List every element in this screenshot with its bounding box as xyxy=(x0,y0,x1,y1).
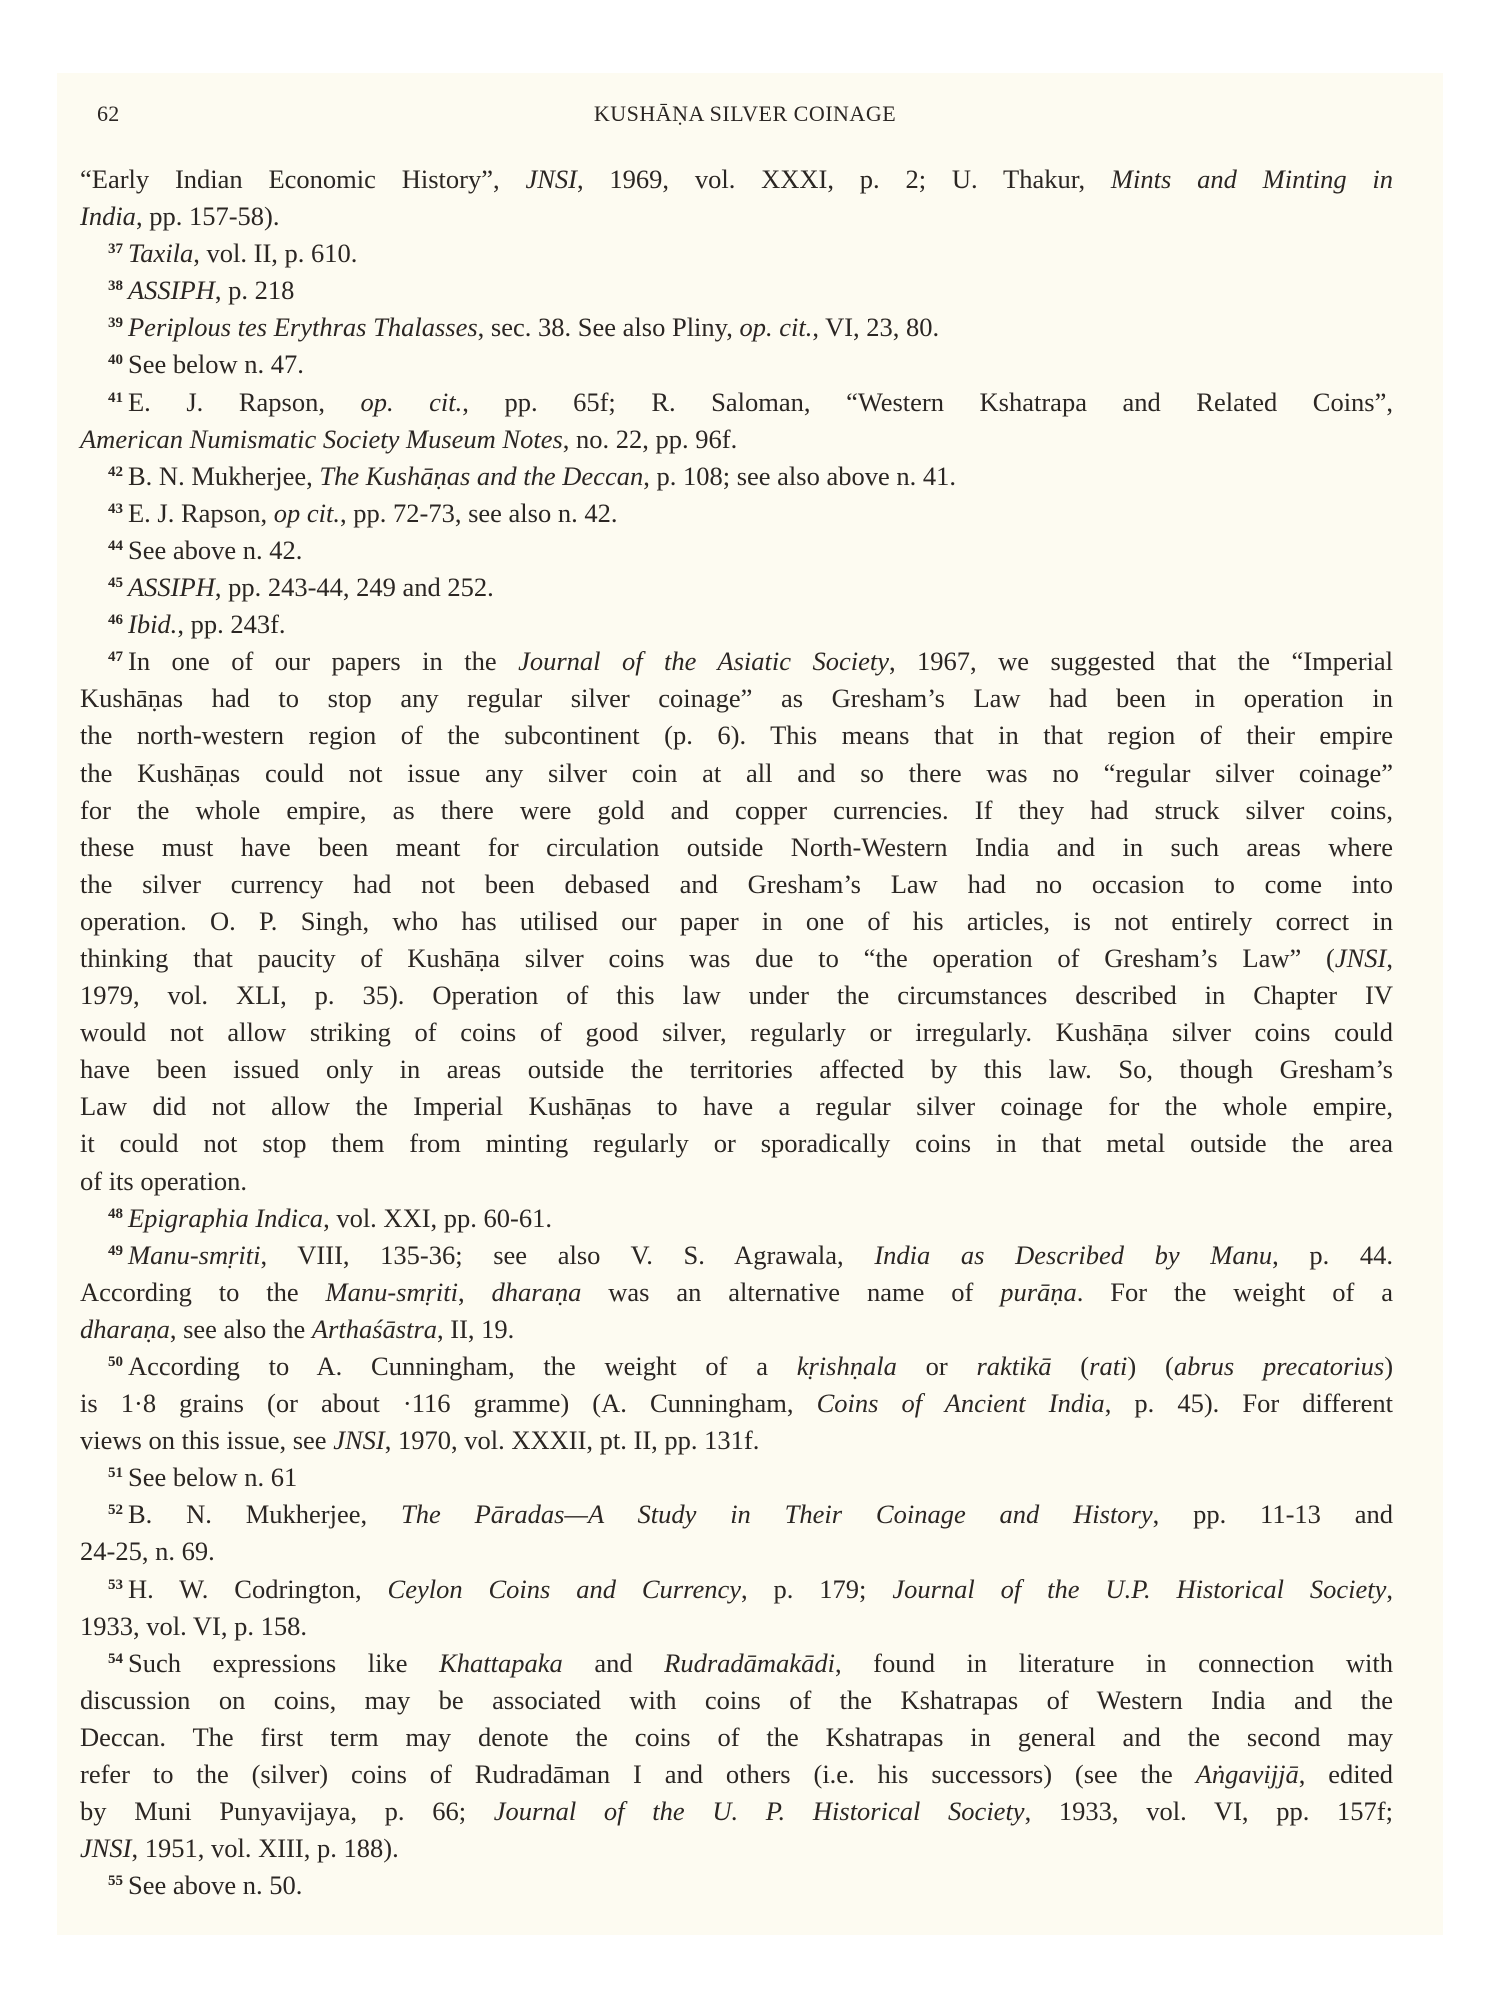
italic-text: JNSI xyxy=(1335,943,1387,973)
text-segment: , p. 179; xyxy=(741,1574,892,1604)
text-line: views on this issue, see JNSI, 1970, vol… xyxy=(80,1422,1393,1459)
text-segment: , pp. 243-44, 249 and 252. xyxy=(215,572,494,602)
text-segment: have been issued only in areas outside t… xyxy=(80,1054,1393,1084)
text-segment: , sec. 38. See also Pliny, xyxy=(478,312,740,342)
italic-text: dharaṇa xyxy=(80,1314,170,1344)
text-segment: ) xyxy=(1384,1351,1393,1381)
text-line: dharaṇa, see also the Arthaśāstra, II, 1… xyxy=(80,1311,1393,1348)
footnote-line: 41E. J. Rapson, op. cit., pp. 65f; R. Sa… xyxy=(80,384,1393,421)
footnote-number: 53 xyxy=(108,1577,123,1593)
italic-text: JNSI xyxy=(333,1425,385,1455)
italic-text: dharaṇa xyxy=(492,1277,582,1307)
text-segment: 1933, vol. VI, p. 158. xyxy=(80,1611,307,1641)
text-line: operation. O. P. Singh, who has utilised… xyxy=(80,903,1393,940)
footnote-number: 47 xyxy=(108,649,123,665)
italic-text: Mints and Minting in xyxy=(1111,164,1393,194)
footnote-line: 44See above n. 42. xyxy=(80,532,1393,569)
text-line: the Kushāṇas could not issue any silver … xyxy=(80,755,1393,792)
text-segment: the Kushāṇas could not issue any silver … xyxy=(80,758,1393,788)
italic-text: raktikā xyxy=(976,1351,1051,1381)
text-segment: and xyxy=(563,1648,664,1678)
italic-text: Periplous tes Erythras Thalasses xyxy=(128,312,478,342)
text-line: thinking that paucity of Kushāṇa silver … xyxy=(80,940,1393,977)
text-segment: , no. 22, pp. 96f. xyxy=(563,424,737,454)
text-segment: , 1970, vol. XXXII, pt. II, pp. 131f. xyxy=(385,1425,760,1455)
footnote-line: 38ASSIPH, p. 218 xyxy=(80,272,1393,309)
text-segment: B. N. Mukherjee, xyxy=(128,461,319,491)
text-segment: , pp. 11-13 and xyxy=(1153,1499,1393,1529)
footnote-line: 42B. N. Mukherjee, The Kushāṇas and the … xyxy=(80,458,1393,495)
text-segment: Such expressions like xyxy=(128,1648,439,1678)
italic-text: ASSIPH xyxy=(128,572,215,602)
footnote-line: 39Periplous tes Erythras Thalasses, sec.… xyxy=(80,309,1393,346)
text-segment: According to the xyxy=(80,1277,326,1307)
footnote-number: 44 xyxy=(108,538,123,554)
text-segment: , 1969, vol. XXXI, p. 2; U. Thakur, xyxy=(577,164,1111,194)
italic-text: India as Described by Manu xyxy=(874,1240,1272,1270)
text-segment: , xyxy=(1386,1574,1393,1604)
text-line: refer to the (silver) coins of Rudradāma… xyxy=(80,1756,1393,1793)
italic-text: purāṇa xyxy=(1000,1277,1077,1307)
italic-text: Rudradāmakādi xyxy=(664,1648,835,1678)
footnotes-text-block: “Early Indian Economic History”, JNSI, 1… xyxy=(80,161,1393,1904)
text-segment: of its operation. xyxy=(80,1166,247,1196)
footnote-number: 46 xyxy=(108,612,123,628)
text-line: India, pp. 157-58). xyxy=(80,198,1393,235)
text-line: of its operation. xyxy=(80,1163,1393,1200)
text-line: it could not stop them from minting regu… xyxy=(80,1125,1393,1162)
text-segment: “Early Indian Economic History”, xyxy=(80,164,525,194)
text-segment: the north-western region of the subconti… xyxy=(80,720,1393,750)
italic-text: Epigraphia Indica xyxy=(128,1203,323,1233)
text-line: Kushāṇas had to stop any regular silver … xyxy=(80,680,1393,717)
footnote-number: 42 xyxy=(108,464,123,480)
footnote-number: 52 xyxy=(108,1502,123,1518)
text-segment: 1979, vol. XLI, p. 35). Operation of thi… xyxy=(80,980,1393,1010)
text-segment: , VIII, 135-36; see also V. S. Agrawala, xyxy=(261,1240,875,1270)
text-segment: , 1951, vol. XIII, p. 188). xyxy=(132,1833,399,1863)
italic-text: Taxila xyxy=(128,238,193,268)
text-segment: it could not stop them from minting regu… xyxy=(80,1128,1393,1158)
text-segment: , p. 108; see also above n. 41. xyxy=(643,461,956,491)
text-segment: , pp. 243f. xyxy=(177,609,285,639)
footnote-number: 38 xyxy=(108,278,123,294)
text-segment: operation. O. P. Singh, who has utilised… xyxy=(80,906,1393,936)
italic-text: The Kushāṇas and the Deccan xyxy=(319,461,643,491)
footnote-number: 39 xyxy=(108,315,123,331)
text-segment: , found in literature in connection with xyxy=(835,1648,1393,1678)
footnote-number: 54 xyxy=(108,1651,123,1667)
text-line: Deccan. The first term may denote the co… xyxy=(80,1719,1393,1756)
italic-text: American Numismatic Society Museum Notes xyxy=(80,424,563,454)
text-segment: E. J. Rapson, xyxy=(128,387,361,417)
footnote-line: 45ASSIPH, pp. 243-44, 249 and 252. xyxy=(80,569,1393,606)
footnote-number: 40 xyxy=(108,352,123,368)
footnote-number: 49 xyxy=(108,1243,123,1259)
text-segment: ( xyxy=(1052,1351,1090,1381)
italic-text: JNSI xyxy=(525,164,577,194)
footnote-line: 48Epigraphia Indica, vol. XXI, pp. 60-61… xyxy=(80,1200,1393,1237)
italic-text: op cit. xyxy=(274,498,340,528)
italic-text: Khattapaka xyxy=(439,1648,563,1678)
text-segment: , 1967, we suggested that the “Imperial xyxy=(889,646,1393,676)
text-segment: was an alternative name of xyxy=(581,1277,1000,1307)
text-line: the north-western region of the subconti… xyxy=(80,717,1393,754)
text-segment: refer to the (silver) coins of Rudradāma… xyxy=(80,1759,1196,1789)
text-segment: the silver currency had not been debased… xyxy=(80,869,1393,899)
text-line: is 1·8 grains (or about ·116 gramme) (A.… xyxy=(80,1385,1393,1422)
text-segment: , II, 19. xyxy=(437,1314,514,1344)
text-segment: See above n. 42. xyxy=(128,535,302,565)
footnote-line: 54Such expressions like Khattapaka and R… xyxy=(80,1645,1393,1682)
text-line: According to the Manu-smṛiti, dharaṇa wa… xyxy=(80,1274,1393,1311)
text-segment: , 1933, vol. VI, pp. 157f; xyxy=(1025,1796,1393,1826)
italic-text: Coins of Ancient India xyxy=(817,1388,1105,1418)
text-segment: would not allow striking of coins of goo… xyxy=(80,1017,1393,1047)
text-segment: E. J. Rapson, xyxy=(128,498,274,528)
book-page: 62 KUSHĀṆA SILVER COINAGE “Early Indian … xyxy=(57,73,1443,1935)
text-line: by Muni Punyavijaya, p. 66; Journal of t… xyxy=(80,1793,1393,1830)
italic-text: India xyxy=(80,201,136,231)
text-line: would not allow striking of coins of goo… xyxy=(80,1014,1393,1051)
footnote-line: 46Ibid., pp. 243f. xyxy=(80,606,1393,643)
running-head-title: KUSHĀṆA SILVER COINAGE xyxy=(97,101,1393,127)
text-segment: is 1·8 grains (or about ·116 gramme) (A.… xyxy=(80,1388,817,1418)
text-segment: , xyxy=(1386,943,1393,973)
italic-text: kṛishṇala xyxy=(797,1351,897,1381)
footnote-number: 45 xyxy=(108,575,123,591)
italic-text: abrus precatorius xyxy=(1174,1351,1384,1381)
text-segment: See above n. 50. xyxy=(128,1870,302,1900)
text-line: the silver currency had not been debased… xyxy=(80,866,1393,903)
text-segment: , pp. 72-73, see also n. 42. xyxy=(340,498,617,528)
text-segment: , xyxy=(458,1277,492,1307)
text-segment: , VI, 23, 80. xyxy=(812,312,939,342)
text-segment: . For the weight of a xyxy=(1077,1277,1393,1307)
italic-text: Ibid. xyxy=(128,609,177,639)
text-line: have been issued only in areas outside t… xyxy=(80,1051,1393,1088)
footnote-number: 41 xyxy=(108,390,123,406)
footnote-line: 55See above n. 50. xyxy=(80,1867,1393,1904)
text-segment: thinking that paucity of Kushāṇa silver … xyxy=(80,943,1335,973)
text-segment: Kushāṇas had to stop any regular silver … xyxy=(80,683,1393,713)
text-segment: for the whole empire, as there were gold… xyxy=(80,795,1393,825)
text-segment: B. N. Mukherjee, xyxy=(128,1499,401,1529)
italic-text: Journal of the Asiatic Society xyxy=(518,646,889,676)
footnote-line: 49Manu-smṛiti, VIII, 135-36; see also V.… xyxy=(80,1237,1393,1274)
italic-text: Arthaśāstra xyxy=(312,1314,437,1344)
italic-text: op. cit. xyxy=(361,387,463,417)
text-segment: views on this issue, see xyxy=(80,1425,333,1455)
text-segment: , edited xyxy=(1299,1759,1393,1789)
text-segment: Law did not allow the Imperial Kushāṇas … xyxy=(80,1091,1393,1121)
text-line: 1933, vol. VI, p. 158. xyxy=(80,1608,1393,1645)
italic-text: Aṅgavijjā xyxy=(1196,1759,1299,1789)
italic-text: rati xyxy=(1089,1351,1127,1381)
italic-text: The Pāradas—A Study in Their Coinage and… xyxy=(401,1499,1153,1529)
text-segment: these must have been meant for circulati… xyxy=(80,832,1393,862)
text-segment: In one of our papers in the xyxy=(128,646,518,676)
text-segment: , vol. XXI, pp. 60-61. xyxy=(323,1203,552,1233)
text-segment: See below n. 47. xyxy=(128,349,304,379)
italic-text: Journal of the U. P. Historical Society xyxy=(494,1796,1025,1826)
text-segment: , pp. 157-58). xyxy=(136,201,280,231)
text-line: JNSI, 1951, vol. XIII, p. 188). xyxy=(80,1830,1393,1867)
footnote-number: 50 xyxy=(108,1354,123,1370)
text-segment: by Muni Punyavijaya, p. 66; xyxy=(80,1796,494,1826)
footnote-number: 48 xyxy=(108,1206,123,1222)
text-segment: H. W. Codrington, xyxy=(128,1574,388,1604)
footnote-line: 51See below n. 61 xyxy=(80,1459,1393,1496)
text-segment: See below n. 61 xyxy=(128,1462,297,1492)
footnote-line: 43E. J. Rapson, op cit., pp. 72-73, see … xyxy=(80,495,1393,532)
footnote-line: 37Taxila, vol. II, p. 610. xyxy=(80,235,1393,272)
text-segment: 24-25, n. 69. xyxy=(80,1536,215,1566)
text-line: discussion on coins, may be associated w… xyxy=(80,1682,1393,1719)
text-segment: ) ( xyxy=(1127,1351,1173,1381)
text-segment: , see also the xyxy=(170,1314,312,1344)
italic-text: Journal of the U.P. Historical Society xyxy=(892,1574,1386,1604)
text-segment: , p. 218 xyxy=(215,275,295,305)
footnote-line: 40See below n. 47. xyxy=(80,346,1393,383)
footnote-number: 37 xyxy=(108,241,123,257)
italic-text: Ceylon Coins and Currency xyxy=(388,1574,741,1604)
footnote-number: 43 xyxy=(108,501,123,517)
text-line: American Numismatic Society Museum Notes… xyxy=(80,421,1393,458)
italic-text: op. cit. xyxy=(739,312,812,342)
text-segment: , p. 45). For different xyxy=(1105,1388,1393,1418)
text-segment: discussion on coins, may be associated w… xyxy=(80,1685,1393,1715)
footnote-line: 50According to A. Cunningham, the weight… xyxy=(80,1348,1393,1385)
text-segment: , pp. 65f; R. Saloman, “Western Kshatrap… xyxy=(462,387,1393,417)
text-line: these must have been meant for circulati… xyxy=(80,829,1393,866)
footnote-line: 47In one of our papers in the Journal of… xyxy=(80,643,1393,680)
text-line: for the whole empire, as there were gold… xyxy=(80,792,1393,829)
running-head: 62 KUSHĀṆA SILVER COINAGE xyxy=(97,95,1393,131)
text-line: 24-25, n. 69. xyxy=(80,1533,1393,1570)
italic-text: Manu-smṛiti xyxy=(128,1240,261,1270)
text-segment: , p. 44. xyxy=(1272,1240,1393,1270)
text-line: “Early Indian Economic History”, JNSI, 1… xyxy=(80,161,1393,198)
text-segment: or xyxy=(897,1351,977,1381)
italic-text: JNSI xyxy=(80,1833,132,1863)
footnote-line: 52B. N. Mukherjee, The Pāradas—A Study i… xyxy=(80,1496,1393,1533)
text-segment: Deccan. The first term may denote the co… xyxy=(80,1722,1393,1752)
text-line: Law did not allow the Imperial Kushāṇas … xyxy=(80,1088,1393,1125)
text-segment: According to A. Cunningham, the weight o… xyxy=(128,1351,797,1381)
footnote-number: 51 xyxy=(108,1465,123,1481)
italic-text: Manu-smṛiti xyxy=(326,1277,459,1307)
text-segment: , vol. II, p. 610. xyxy=(193,238,357,268)
footnote-line: 53H. W. Codrington, Ceylon Coins and Cur… xyxy=(80,1571,1393,1608)
text-line: 1979, vol. XLI, p. 35). Operation of thi… xyxy=(80,977,1393,1014)
footnote-number: 55 xyxy=(108,1873,123,1889)
italic-text: ASSIPH xyxy=(128,275,215,305)
